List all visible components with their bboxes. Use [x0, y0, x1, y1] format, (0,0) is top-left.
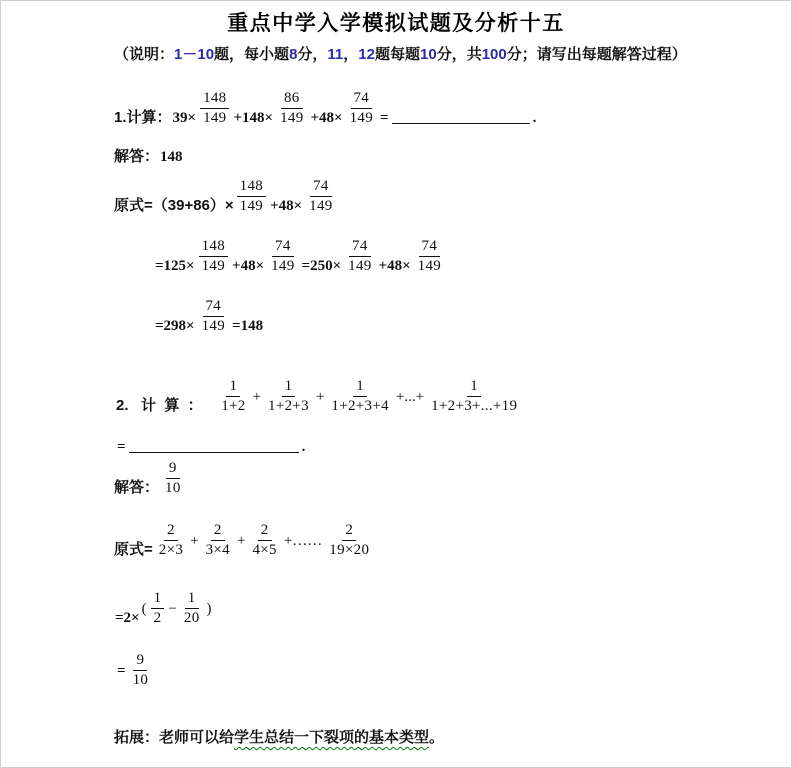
eq-text: +……	[283, 531, 323, 551]
instructions-number: 8	[289, 45, 297, 65]
instructions-text: 分；请写出每题解答过程）	[507, 45, 687, 65]
fraction: 24×5	[249, 521, 279, 560]
fraction: 74149	[347, 89, 376, 128]
answer-blank[interactable]	[392, 123, 530, 124]
exam-instructions: （说明：1－10题，每小题8分，11，12题每题10分，共100分；请写出每题解…	[114, 45, 687, 65]
answer-label: 解答：	[114, 478, 159, 498]
problem-2-answer: 解答：910	[114, 459, 187, 498]
eq-text: +...+	[395, 387, 425, 407]
answer-label: 解答：	[114, 147, 159, 167]
eq-text: =2×	[114, 608, 141, 628]
eq-text: =	[379, 108, 390, 128]
fraction: 11+2	[218, 377, 248, 416]
problem-2-step-1: 原式=22×3+23×4+24×5+……219×20	[114, 521, 375, 560]
eq-text: +48×	[231, 256, 265, 276]
eq-text: +148×	[232, 108, 274, 128]
problem-2-step-3: =910	[116, 651, 154, 690]
eq-text: +	[236, 531, 246, 551]
problem-2-label: 2. 计 算 ：	[116, 396, 215, 416]
note-text: 。	[429, 728, 444, 748]
problem-1-step-3: =298×74149=148	[154, 297, 264, 336]
fraction: 11+2+3+4	[328, 377, 391, 416]
problem-1-question: 1.计算：39×148149+148×86149+48×74149=.	[114, 89, 537, 128]
problem-2-step-2: =2×(12−120)	[114, 589, 213, 628]
eq-text: +	[189, 531, 199, 551]
eq-text: .	[532, 108, 538, 128]
fraction: 74149	[345, 237, 374, 276]
eq-text: =250×	[301, 256, 343, 276]
eq-text: )	[206, 599, 213, 619]
instructions-number: 11	[327, 45, 343, 65]
fraction: 148149	[200, 89, 229, 128]
eq-text: −	[167, 599, 177, 619]
eq-text: 39×	[172, 108, 198, 128]
expansion-note: 拓展：老师可以给学生总结一下裂项的基本类型。	[114, 728, 444, 748]
problem-2-answer-blank-line: =.	[116, 437, 306, 457]
solution-label: 原式=	[114, 540, 153, 560]
eq-text: =148	[231, 316, 264, 336]
eq-text: +48×	[378, 256, 412, 276]
eq-text: +48×	[269, 196, 303, 216]
fraction: 910	[130, 651, 152, 690]
problem-1-step-2: =125×148149+48×74149=250×74149+48×74149	[154, 237, 447, 276]
fraction: 148149	[199, 237, 228, 276]
instructions-text: 题每题	[375, 45, 420, 65]
fraction: 219×20	[326, 521, 372, 560]
fraction: 74149	[415, 237, 444, 276]
fraction: 148149	[237, 177, 266, 216]
eq-text: (	[141, 599, 148, 619]
eq-text: +	[252, 387, 262, 407]
eq-text: =298×	[154, 316, 196, 336]
instructions-number: 100	[482, 45, 507, 65]
eq-text: +48×	[310, 108, 344, 128]
eq-text: =125×	[154, 256, 196, 276]
problem-1-answer: 解答：148	[114, 147, 184, 167]
instructions-text: 分，共	[437, 45, 482, 65]
fraction: 120	[181, 589, 203, 628]
instructions-text: （说明：	[114, 45, 174, 65]
fraction: 910	[162, 459, 184, 498]
instructions-text: 题，每小题	[214, 45, 289, 65]
eq-text: =	[116, 437, 127, 457]
eq-text: .	[301, 437, 307, 457]
fraction: 74149	[306, 177, 335, 216]
instructions-text: ，	[343, 45, 358, 65]
instructions-number: 12	[358, 45, 375, 65]
solution-label: 原式=（39+86）×	[114, 196, 234, 216]
note-squiggle-text: 学生总结一下裂项的基本类型	[234, 728, 429, 748]
fraction: 12	[151, 589, 165, 628]
problem-1-step-1: 原式=（39+86）×148149+48×74149	[114, 177, 339, 216]
fraction: 22×3	[156, 521, 186, 560]
problem-2-question: 2. 计 算 ： 11+2+11+2+3+11+2+3+4+...+11+2+3…	[116, 377, 523, 416]
answer-blank[interactable]	[129, 452, 299, 453]
page-title: 重点中学入学模拟试题及分析十五	[1, 7, 791, 37]
fraction: 74149	[199, 297, 228, 336]
instructions-number: 10	[420, 45, 437, 65]
fraction: 74149	[268, 237, 297, 276]
problem-1-label: 1.计算：	[114, 108, 172, 128]
eq-text: +	[315, 387, 325, 407]
note-label: 拓展：老师可以给	[114, 728, 234, 748]
fraction: 11+2+3+...+19	[428, 377, 520, 416]
instructions-text: 分，	[297, 45, 327, 65]
eq-text: =	[116, 661, 127, 681]
fraction: 86149	[277, 89, 306, 128]
fraction: 23×4	[203, 521, 233, 560]
instructions-number: 1－10	[174, 45, 214, 65]
fraction: 11+2+3	[265, 377, 312, 416]
answer-value: 148	[159, 147, 184, 167]
document-page: 重点中学入学模拟试题及分析十五 （说明：1－10题，每小题8分，11，12题每题…	[0, 0, 792, 768]
